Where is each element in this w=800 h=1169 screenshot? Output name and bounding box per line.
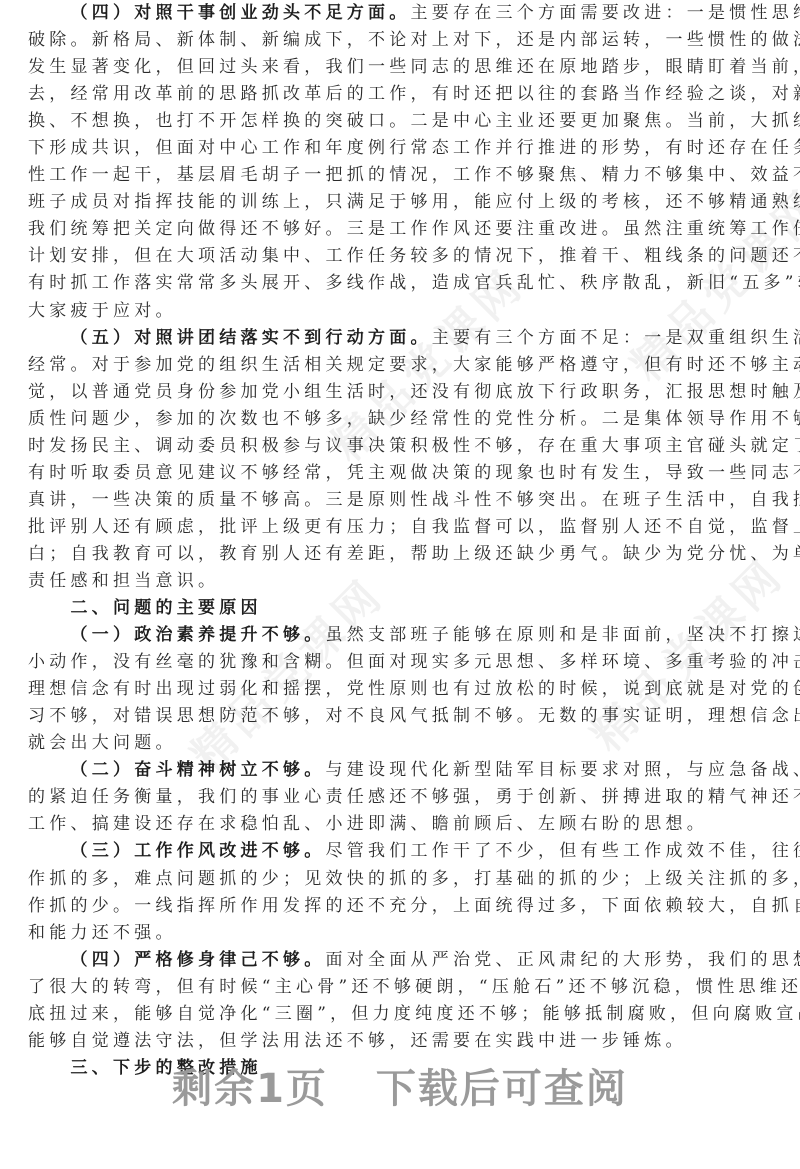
subsection-title: （四）对照干事创业劲头不足方面。 — [71, 3, 411, 23]
paragraph-text: 底扭过来，能够自觉净化“三圈”，但力度纯度还不够；能够抵制腐败，但向腐败宣战还不… — [28, 1004, 800, 1024]
text-line: 我们统筹把关定向做得还不够好。三是工作作风还要注重改进。虽然注重统筹工作任务、整… — [28, 216, 772, 243]
text-line: （一）政治素养提升不够。虽然支部班子能够在原则和是非面前，坚决不打擦边球，不搞 — [28, 622, 772, 649]
subsection-title: （四）严格修身律己不够。 — [71, 950, 326, 970]
paragraph-text: 理想信念有时出现过弱化和摇摆，党性原则也有过放松的时候，说到底就是对党的创新理论… — [28, 679, 800, 699]
subsection-title: （三）工作作风改进不够。 — [71, 841, 326, 861]
text-line: 发生显著变化，但回过头来看，我们一些同志的思维还在原地踏步，眼睛盯着当前，却想着… — [28, 54, 772, 81]
paragraph-text: 了很大的转弯，但有时候“主心骨”还不够硬朗，“压舱石”还不够沉稳，惯性思维还没有… — [28, 977, 800, 997]
paragraph-text: 计划安排，但在大项活动集中、工作任务较多的情况下，推着干、粗线条的问题还不容忽视… — [28, 246, 800, 266]
text-line: 作抓的多，难点问题抓的少；见效快的抓的多，打基础的抓的少；上级关注抓的多，经常性… — [28, 866, 772, 893]
paragraph-text: 质性问题少，参加的次数也不够多，缺少经常性的党性分析。二是集体领导作用不够明显。… — [28, 409, 800, 429]
paragraph-text: 真讲，一些决策的质量不够高。三是原则性战斗性不够突出。在班子生活中，自我批评可以… — [28, 490, 800, 510]
text-line: 习不够，对错误思想防范不够，对不良风气抵制不够。无数的事实证明，理想信念出了问题… — [28, 703, 772, 730]
text-line: 觉，以普通党员身份参加党小组生活时，还没有彻底放下行政职务，汇报思想时触及灵魂和… — [28, 379, 772, 406]
download-to-view-label[interactable]: 下载后可查阅 — [376, 1057, 628, 1114]
text-line: 和能力还不强。 — [28, 920, 772, 947]
paragraph-text: 破除。新格局、新体制、新编成下，不论对上对下，还是内部运转，一些惯性的做法都应随… — [28, 30, 800, 50]
download-banner[interactable]: 剩余1页 下载后可查阅 — [0, 1040, 800, 1130]
text-line: 班子成员对指挥技能的训练上，只满足于够用，能应付上级的考核，还不够精通熟练，反映… — [28, 189, 772, 216]
text-line: 大家疲于应对。 — [28, 298, 772, 325]
remaining-pages-label: 剩余1页 — [172, 1057, 328, 1114]
paragraph-text: 尽管我们工作干了不少，但有些工作成效不佳，往往是亮点工 — [326, 841, 800, 861]
text-line: 的紧迫任务衡量，我们的事业心责任感还不够强，勇于创新、拼搏进取的精气神还不够足，… — [28, 784, 772, 811]
paragraph-text: 工作、搞建设还存在求稳怕乱、小进即满、瞻前顾后、左顾右盼的思想。 — [28, 814, 708, 834]
text-line: 理想信念有时出现过弱化和摇摆，党性原则也有过放松的时候，说到底就是对党的创新理论… — [28, 676, 772, 703]
text-line: 下形成共识，但面对中心工作和年度例行常态工作并行推进的形势，有时还存在任务性、事… — [28, 135, 772, 162]
text-line: 白；自我教育可以，教育别人还有差距，帮助上级还缺少勇气。缺少为党分忧、为单位分责… — [28, 541, 772, 568]
paragraph-text: 有时听取委员意见建议不够经常，凭主观做决策的现象也时有发生，导致一些同志不愿讲、… — [28, 463, 800, 483]
text-line: 小动作，没有丝毫的犹豫和含糊。但面对现实多元思想、多样环境、多重考验的冲击和挑战… — [28, 649, 772, 676]
text-line: 有时听取委员意见建议不够经常，凭主观做决策的现象也时有发生，导致一些同志不愿讲、… — [28, 460, 772, 487]
paragraph-text: 班子成员对指挥技能的训练上，只满足于够用，能应付上级的考核，还不够精通熟练，反映… — [28, 192, 800, 212]
paragraph-text: 大家疲于应对。 — [28, 301, 177, 321]
paragraph-text: 的紧迫任务衡量，我们的事业心责任感还不够强，勇于创新、拼搏进取的精气神还不够足，… — [28, 787, 800, 807]
text-line: 底扭过来，能够自觉净化“三圈”，但力度纯度还不够；能够抵制腐败，但向腐败宣战还不… — [28, 1001, 772, 1028]
text-line: 了很大的转弯，但有时候“主心骨”还不够硬朗，“压舱石”还不够沉稳，惯性思维还没有… — [28, 974, 772, 1001]
text-line: 批评别人还有顾虑，批评上级更有压力；自我监督可以，监督别人还不自觉，监督上级几乎… — [28, 514, 772, 541]
paragraph-text: 我们统筹把关定向做得还不够好。三是工作作风还要注重改进。虽然注重统筹工作任务、整… — [28, 219, 800, 239]
paragraph-text: 有时抓工作落实常常多头展开、多线作战，造成官兵乱忙、秩序散乱，新旧“五多”轮番上… — [28, 273, 800, 293]
paragraph-text: 觉，以普通党员身份参加党小组生活时，还没有彻底放下行政职务，汇报思想时触及灵魂和… — [28, 382, 800, 402]
text-line: 真讲，一些决策的质量不够高。三是原则性战斗性不够突出。在班子生活中，自我批评可以… — [28, 487, 772, 514]
text-line: 经常。对于参加党的组织生活相关规定要求，大家能够严格遵守，但有时还不够主动、不够… — [28, 352, 772, 379]
text-line: 去，经常用改革前的思路抓改革后的工作，有时还把以往的套路当作经验之谈，对新思维不… — [28, 81, 772, 108]
paragraph-text: 发生显著变化，但回过头来看，我们一些同志的思维还在原地踏步，眼睛盯着当前，却想着… — [28, 57, 800, 77]
paragraph-text: 虽然支部班子能够在原则和是非面前，坚决不打擦边球，不搞 — [326, 625, 800, 645]
paragraph-text: 下形成共识，但面对中心工作和年度例行常态工作并行推进的形势，有时还存在任务性、事… — [28, 138, 800, 158]
paragraph-text: 主要有三个方面不足：一是双重组织生活坚持不够 — [432, 328, 800, 348]
paragraph-text: 换、不想换，也打不开怎样换的突破口。二是中心主业还要更加聚焦。当前，大抓练兵备战… — [28, 111, 800, 131]
subsection-title: （二）奋斗精神树立不够。 — [71, 760, 326, 780]
heading-text: 二、问题的主要原因 — [71, 598, 262, 618]
paragraph-text: 和能力还不强。 — [28, 923, 177, 943]
paragraph-text: 经常。对于参加党的组织生活相关规定要求，大家能够严格遵守，但有时还不够主动、不够… — [28, 355, 800, 375]
paragraph-text: 责任感和担当意识。 — [28, 571, 219, 591]
subsection-title: （五）对照讲团结落实不到行动方面。 — [71, 328, 432, 348]
text-line: （五）对照讲团结落实不到行动方面。主要有三个方面不足：一是双重组织生活坚持不够 — [28, 325, 772, 352]
text-line: 换、不想换，也打不开怎样换的突破口。二是中心主业还要更加聚焦。当前，大抓练兵备战… — [28, 108, 772, 135]
text-line: 性工作一起干，基层眉毛胡子一把抓的情况，工作不够聚焦、精力不够集中、效益不够突出… — [28, 162, 772, 189]
text-line: （三）工作作风改进不够。尽管我们工作干了不少，但有些工作成效不佳，往往是亮点工 — [28, 838, 772, 865]
document-body: （四）对照干事创业劲头不足方面。主要存在三个方面需要改进：一是惯性思维还要持续破… — [28, 0, 772, 1082]
text-line: （四）严格修身律己不够。面对全面从严治党、正风肃纪的大形势，我们的思想和行为有 — [28, 947, 772, 974]
text-line: （四）对照干事创业劲头不足方面。主要存在三个方面需要改进：一是惯性思维还要持续 — [28, 0, 772, 27]
text-line: 时发扬民主、调动委员积极参与议事决策积极性不够，存在重大事项主官碰头就定了的情况… — [28, 433, 772, 460]
paragraph-text: 白；自我教育可以，教育别人还有差距，帮助上级还缺少勇气。缺少为党分忧、为单位分责… — [28, 544, 800, 564]
paragraph-text: 面对全面从严治党、正风肃纪的大形势，我们的思想和行为有 — [326, 950, 800, 970]
text-line: 有时抓工作落实常常多头展开、多线作战，造成官兵乱忙、秩序散乱，新旧“五多”轮番上… — [28, 270, 772, 297]
subsection-title: （一）政治素养提升不够。 — [71, 625, 326, 645]
paragraph-text: 与建设现代化新型陆军目标要求对照，与应急备战、随时打仗 — [326, 760, 800, 780]
paragraph-text: 作抓的多，难点问题抓的少；见效快的抓的多，打基础的抓的少；上级关注抓的多，经常性… — [28, 869, 800, 889]
paragraph-text: 主要存在三个方面需要改进：一是惯性思维还要持续 — [411, 3, 800, 23]
text-line: 破除。新格局、新体制、新编成下，不论对上对下，还是内部运转，一些惯性的做法都应随… — [28, 27, 772, 54]
text-line: 工作、搞建设还存在求稳怕乱、小进即满、瞻前顾后、左顾右盼的思想。 — [28, 811, 772, 838]
paragraph-text: 就会出大问题。 — [28, 733, 177, 753]
text-line: 计划安排，但在大项活动集中、工作任务较多的情况下，推着干、粗线条的问题还不容忽视… — [28, 243, 772, 270]
paragraph-text: 习不够，对错误思想防范不够，对不良风气抵制不够。无数的事实证明，理想信念出了问题… — [28, 706, 800, 726]
paragraph-text: 时发扬民主、调动委员积极参与议事决策积极性不够，存在重大事项主官碰头就定了的情况… — [28, 436, 800, 456]
paragraph-text: 性工作一起干，基层眉毛胡子一把抓的情况，工作不够聚焦、精力不够集中、效益不够突出… — [28, 165, 800, 185]
paragraph-text: 批评别人还有顾虑，批评上级更有压力；自我监督可以，监督别人还不自觉，监督上级几乎… — [28, 517, 800, 537]
text-line: 作抓的少。一线指挥所作用发挥的还不充分，上面统得过多，下面依赖较大，自抓自建的意… — [28, 893, 772, 920]
paragraph-text: 作抓的少。一线指挥所作用发挥的还不充分，上面统得过多，下面依赖较大，自抓自建的意… — [28, 896, 800, 916]
paragraph-text: 小动作，没有丝毫的犹豫和含糊。但面对现实多元思想、多样环境、多重考验的冲击和挑战… — [28, 652, 800, 672]
text-line: （二）奋斗精神树立不够。与建设现代化新型陆军目标要求对照，与应急备战、随时打仗 — [28, 757, 772, 784]
text-line: 责任感和担当意识。 — [28, 568, 772, 595]
paragraph-text: 去，经常用改革前的思路抓改革后的工作，有时还把以往的套路当作经验之谈，对新思维不… — [28, 84, 800, 104]
text-line: 质性问题少，参加的次数也不够多，缺少经常性的党性分析。二是集体领导作用不够明显。… — [28, 406, 772, 433]
section-heading: 二、问题的主要原因 — [28, 595, 772, 622]
text-line: 就会出大问题。 — [28, 730, 772, 757]
